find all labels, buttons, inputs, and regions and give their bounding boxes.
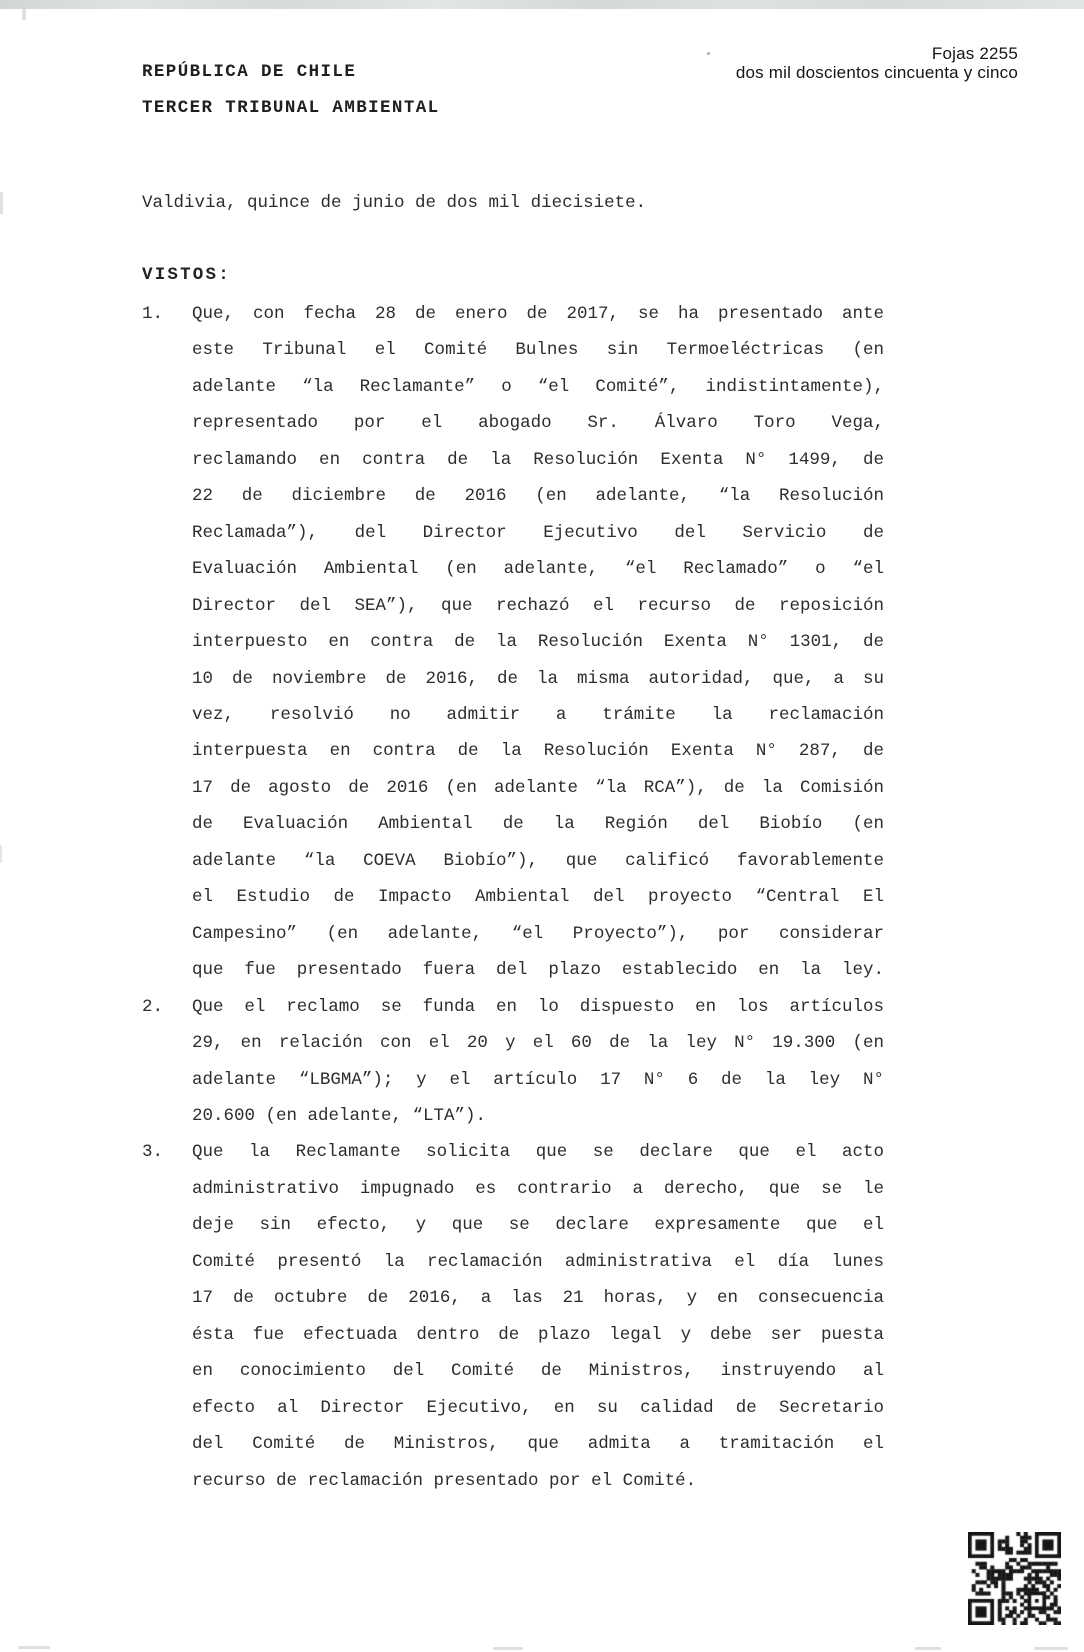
scan-artifact-bottom-smudge [493,1647,523,1650]
scan-artifact-top-edge [0,0,1084,9]
numbered-paragraph: 1.Que, con fecha 28 de enero de 2017, se… [142,296,884,989]
text-line: recurso de reclamación presentado por el… [192,1463,884,1499]
text-line: interpuesta en contra de la Resolución E… [192,733,884,769]
qr-code [968,1532,1061,1625]
text-line: Que, con fecha 28 de enero de 2017, se h… [192,296,884,332]
text-line: de Evaluación Ambiental de la Región del… [192,806,884,842]
text-line: 17 de octubre de 2016, a las 21 horas, y… [192,1280,884,1316]
text-line: reclamando en contra de la Resolución Ex… [192,442,884,478]
text-line: deje sin efecto, y que se declare expres… [192,1207,884,1243]
paragraph-lines: Que la Reclamante solicita que se declar… [192,1134,884,1499]
item-number: 2. [142,989,192,1135]
text-line: 22 de diciembre de 2016 (en adelante, “l… [192,478,884,514]
text-line: ésta fue efectuada dentro de plazo legal… [192,1317,884,1353]
paragraph-lines: Que el reclamo se funda en lo dispuesto … [192,989,884,1135]
text-line: adelante “LBGMA”); y el artículo 17 N° 6… [192,1062,884,1098]
header-tribunal: TERCER TRIBUNAL AMBIENTAL [142,90,440,126]
text-line: 10 de noviembre de 2016, de la misma aut… [192,661,884,697]
text-line: vez, resolvió no admitir a trámite la re… [192,697,884,733]
scan-artifact-bottom-smudge [1034,1647,1068,1650]
text-line: el Estudio de Impacto Ambiental del proy… [192,879,884,915]
text-line: Evaluación Ambiental (en adelante, “el R… [192,551,884,587]
text-line: adelante “la COEVA Biobío”), que calific… [192,843,884,879]
numbered-paragraphs: 1.Que, con fecha 28 de enero de 2017, se… [142,296,884,1499]
folio-number: Fojas 2255 [736,44,1018,63]
folio-words: dos mil doscientos cincuenta y cinco [736,63,1018,82]
dateline: Valdivia, quince de junio de dos mil die… [142,190,646,216]
text-line: que fue presentado fuera del plazo estab… [192,952,884,988]
text-line: administrativo impugnado es contrario a … [192,1171,884,1207]
scan-artifact-left-edge [0,192,3,214]
text-line: Director del SEA”), que rechazó el recur… [192,588,884,624]
item-number: 3. [142,1134,192,1499]
text-line: adelante “la Reclamante” o “el Comité”, … [192,369,884,405]
numbered-paragraph: 2.Que el reclamo se funda en lo dispuest… [142,989,884,1135]
text-line: efecto al Director Ejecutivo, en su cali… [192,1390,884,1426]
scan-artifact-mark [22,8,26,20]
document-header: REPÚBLICA DE CHILE TERCER TRIBUNAL AMBIE… [142,54,440,126]
text-line: 17 de agosto de 2016 (en adelante “la RC… [192,770,884,806]
item-number: 1. [142,296,192,989]
scanned-court-document-page: REPÚBLICA DE CHILE TERCER TRIBUNAL AMBIE… [0,0,1084,1652]
text-line: en conocimiento del Comité de Ministros,… [192,1353,884,1389]
text-line: 20.600 (en adelante, “LTA”). [192,1098,884,1134]
text-line: Comité presentó la reclamación administr… [192,1244,884,1280]
scan-artifact-bottom-smudge [18,1646,50,1649]
text-line: Reclamada”), del Director Ejecutivo del … [192,515,884,551]
numbered-paragraph: 3.Que la Reclamante solicita que se decl… [142,1134,884,1499]
text-line: Que el reclamo se funda en lo dispuesto … [192,989,884,1025]
text-line: Que la Reclamante solicita que se declar… [192,1134,884,1170]
scan-artifact-dot [707,52,710,55]
paragraph-lines: Que, con fecha 28 de enero de 2017, se h… [192,296,884,989]
section-heading-vistos: VISTOS: [142,262,231,288]
text-line: este Tribunal el Comité Bulnes sin Termo… [192,332,884,368]
folio-stamp: Fojas 2255 dos mil doscientos cincuenta … [736,44,1018,82]
scan-artifact-bottom-smudge [915,1647,941,1650]
header-country: REPÚBLICA DE CHILE [142,54,440,90]
text-line: del Comité de Ministros, que admita a tr… [192,1426,884,1462]
text-line: Campesino” (en adelante, “el Proyecto”),… [192,916,884,952]
scan-artifact-left-edge [0,845,2,863]
text-line: interpuesto en contra de la Resolución E… [192,624,884,660]
text-line: 29, en relación con el 20 y el 60 de la … [192,1025,884,1061]
text-line: representado por el abogado Sr. Álvaro T… [192,405,884,441]
